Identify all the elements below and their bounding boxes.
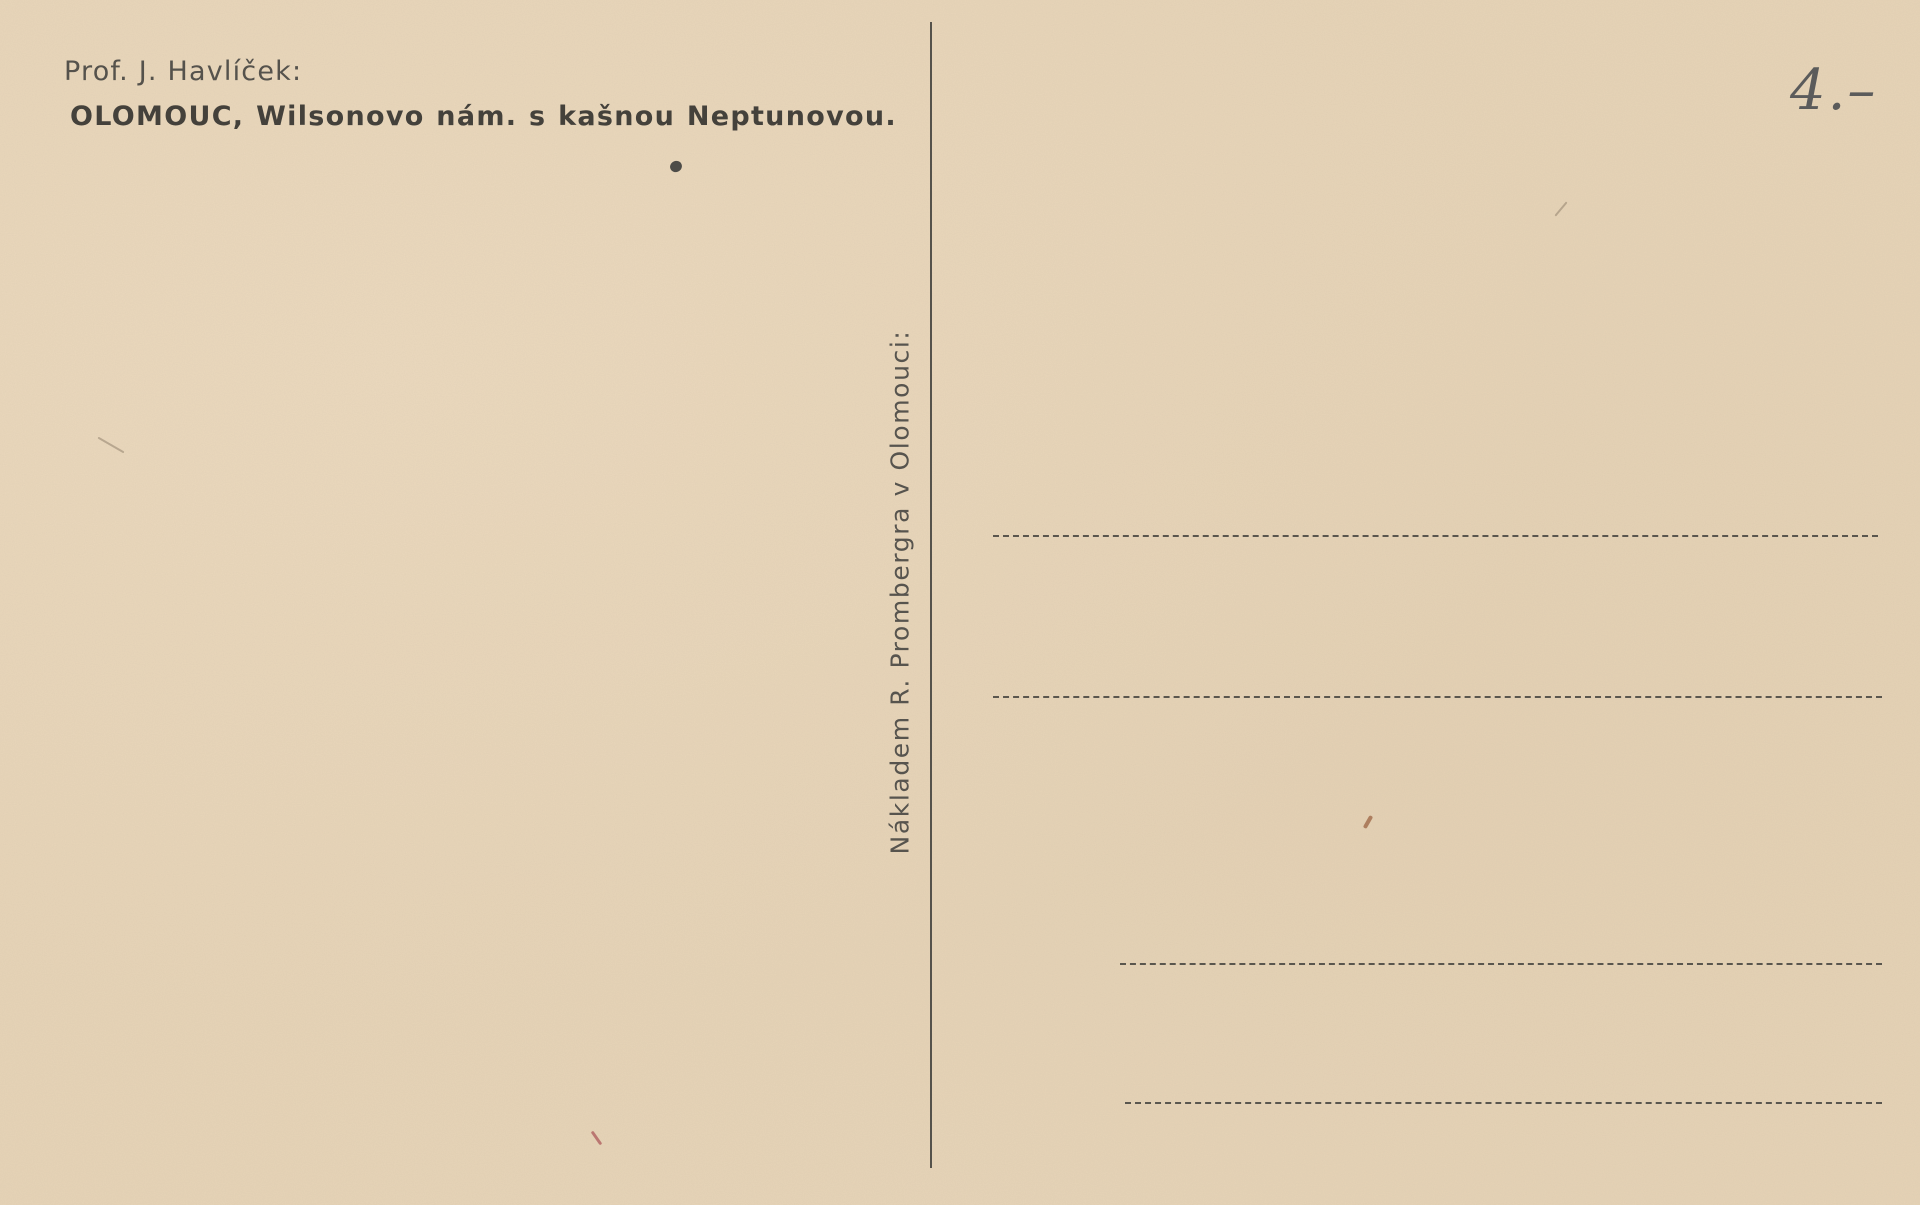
postcard-back: Prof. J. Havlíček: OLOMOUC, Wilsonovo ná… bbox=[0, 0, 1920, 1205]
publisher-imprint: Nákladem R. Prombergra v Olomouci: bbox=[886, 330, 915, 855]
address-line-2 bbox=[993, 696, 1882, 698]
paper-fiber bbox=[591, 1131, 603, 1146]
postcard-title: OLOMOUC, Wilsonovo nám. s kašnou Neptuno… bbox=[70, 101, 897, 132]
author-caption: Prof. J. Havlíček: bbox=[64, 56, 302, 87]
message-address-divider bbox=[930, 22, 932, 1168]
address-line-3 bbox=[1120, 963, 1882, 965]
paper-fiber bbox=[1554, 201, 1567, 216]
address-line-4 bbox=[1125, 1102, 1882, 1104]
handwritten-price: 4.– bbox=[1790, 58, 1877, 123]
paper-texture bbox=[0, 0, 1920, 1205]
address-line-1 bbox=[993, 535, 1878, 537]
paper-fiber bbox=[1363, 815, 1373, 829]
paper-fiber bbox=[98, 437, 125, 454]
ink-spot bbox=[668, 159, 684, 174]
